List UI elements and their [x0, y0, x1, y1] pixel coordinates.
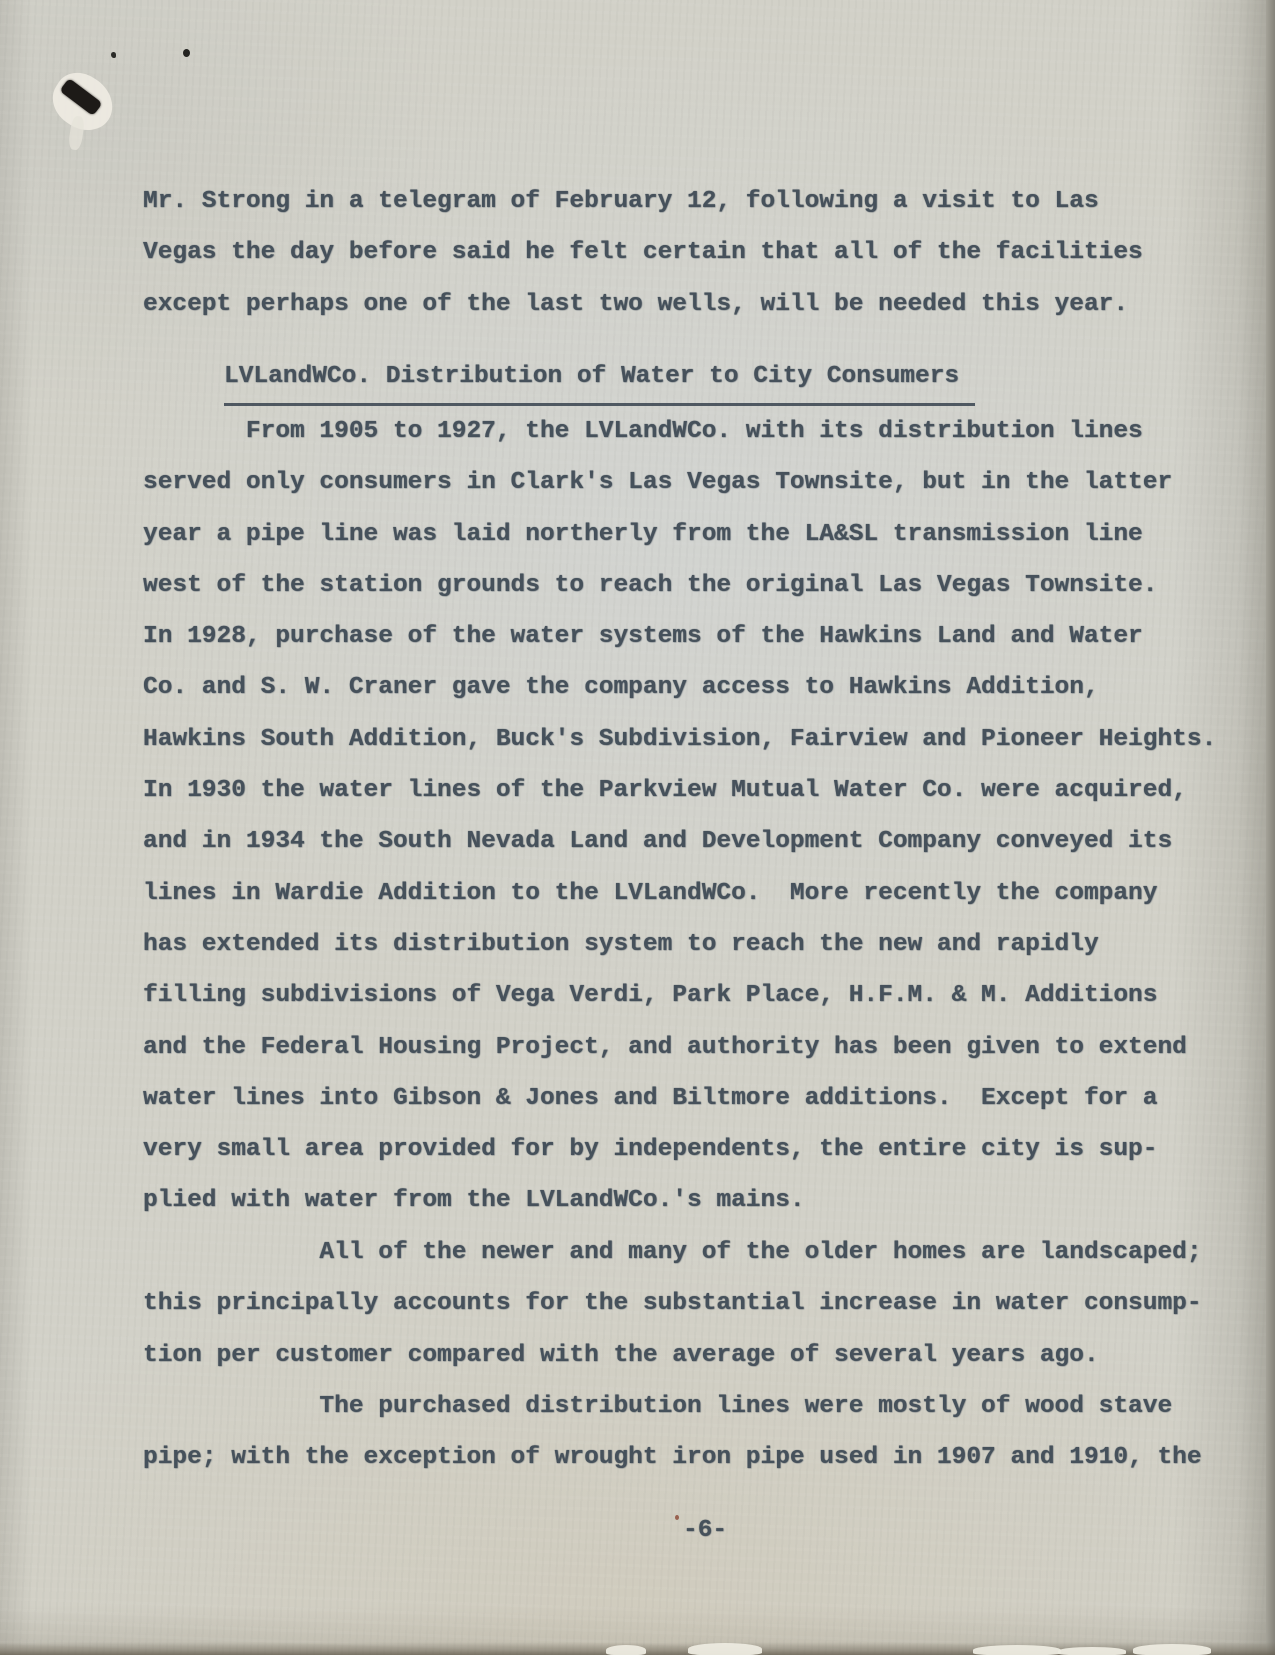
text-line: has extended its distribution system to … [143, 919, 1216, 970]
text-line: filling subdivisions of Vega Verdi, Park… [143, 970, 1216, 1021]
bottom-edge-tear [1058, 1647, 1126, 1655]
right-edge-shadow [1238, 0, 1266, 1655]
text-line: plied with water from the LVLandWCo.'s m… [143, 1175, 1216, 1226]
distribution-paragraph: From 1905 to 1927, the LVLandWCo. with i… [143, 406, 1216, 1227]
text-line: this principally accounts for the substa… [143, 1278, 1202, 1329]
page-number: -6- [683, 1505, 727, 1556]
bottom-edge-tear [688, 1643, 762, 1655]
scanned-document-page: Mr. Strong in a telegram of February 12,… [0, 0, 1275, 1655]
section-heading: LVLandWCo. Distribution of Water to City… [224, 351, 975, 406]
intro-paragraph: Mr. Strong in a telegram of February 12,… [143, 176, 1143, 330]
landscaping-paragraph: All of the newer and many of the older h… [143, 1227, 1202, 1381]
pipe-paragraph: The purchased distribution lines were mo… [143, 1381, 1202, 1484]
red-speck [675, 1515, 679, 1520]
section-heading-text: LVLandWCo. Distribution of Water to City… [224, 351, 975, 406]
bottom-edge-tear [973, 1645, 1061, 1655]
text-line: In 1928, purchase of the water systems o… [143, 611, 1216, 662]
text-line: lines in Wardie Addition to the LVLandWC… [143, 868, 1216, 919]
text-line: except perhaps one of the last two wells… [143, 279, 1143, 330]
text-line: tion per customer compared with the aver… [143, 1330, 1202, 1381]
text-line: All of the newer and many of the older h… [143, 1227, 1202, 1278]
ink-speck [183, 49, 190, 57]
text-line: Hawkins South Addition, Buck's Subdivisi… [143, 714, 1216, 765]
text-line: west of the station grounds to reach the… [143, 560, 1216, 611]
text-line: very small area provided for by independ… [143, 1124, 1216, 1175]
ink-speck [111, 52, 116, 58]
text-line: From 1905 to 1927, the LVLandWCo. with i… [143, 406, 1216, 457]
text-line: and the Federal Housing Project, and aut… [143, 1022, 1216, 1073]
text-line: Vegas the day before said he felt certai… [143, 227, 1143, 278]
text-line: The purchased distribution lines were mo… [143, 1381, 1202, 1432]
bottom-edge-tear [606, 1645, 646, 1655]
text-line: Co. and S. W. Craner gave the company ac… [143, 662, 1216, 713]
text-line: In 1930 the water lines of the Parkview … [143, 765, 1216, 816]
text-line: Mr. Strong in a telegram of February 12,… [143, 176, 1143, 227]
text-line: and in 1934 the South Nevada Land and De… [143, 816, 1216, 867]
bottom-edge-tear [1133, 1644, 1211, 1655]
right-page-edge [1266, 0, 1275, 1655]
text-line: year a pipe line was laid northerly from… [143, 509, 1216, 560]
text-line: served only consumers in Clark's Las Veg… [143, 457, 1216, 508]
text-line: water lines into Gibson & Jones and Bilt… [143, 1073, 1216, 1124]
text-line: pipe; with the exception of wrought iron… [143, 1432, 1202, 1483]
